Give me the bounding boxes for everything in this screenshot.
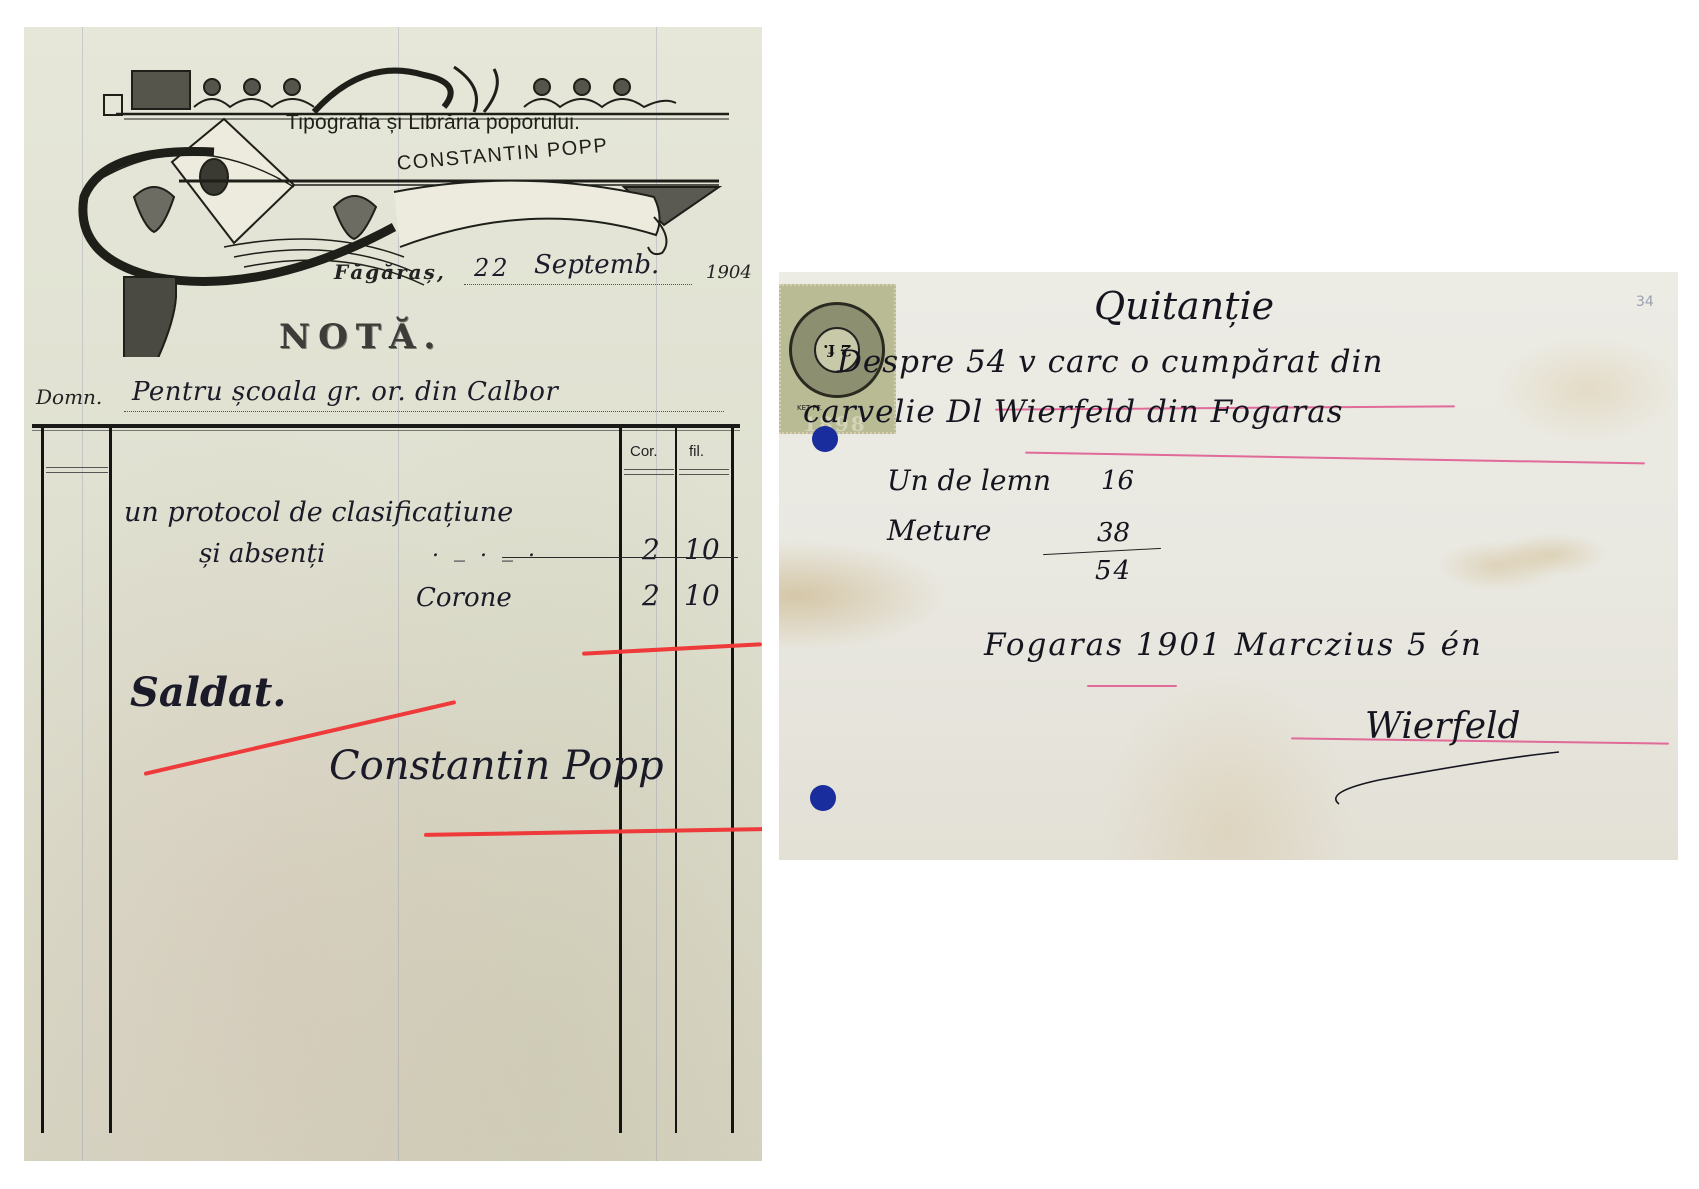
table-top-rule [32,424,740,428]
recipient-label: Domn. [36,385,102,409]
recipient-dotted-line [124,411,724,412]
pink-underline [1025,452,1645,465]
column-header-cor: Cor. [630,443,658,460]
column-header-fil: fil. [689,443,704,460]
item-amount: 38 [1097,518,1130,548]
table-header-underline [46,467,108,473]
pink-underline [1087,685,1177,687]
receipt-quitantie-document: 2 f. KET FT. 1898 34 Quitanție Despre 54… [779,272,1678,860]
date-day: 22 [474,254,511,282]
recipient-value: Pentru școala gr. or. din Calbor [132,377,558,407]
table-column-divider-fil [675,428,677,1133]
receipt-body-line1: Despre 54 v carc o cumpărat din [837,344,1383,380]
signature-constantin-popp: Constantin Popp [329,743,664,789]
item-description-line2: și absenți [199,539,325,569]
item-amount: 16 [1101,466,1134,496]
sum-underline [502,557,738,558]
receipt-date-line: Fogaras 1901 Marczius 5 én [984,627,1483,663]
receipt-body-line2: carvelie Dl Wierfeld din Fogaras [803,394,1344,430]
sum-underline [1043,548,1161,555]
item-cor-value: 2 [642,533,660,566]
table-header-underline [679,469,729,475]
pencil-page-number: 34 [1636,294,1654,310]
red-pencil-stroke [582,642,762,655]
item-description-line1: un protocol de clasificațiune [124,497,513,528]
red-pencil-stroke [424,827,762,837]
total-label: Corone [416,583,512,613]
date-line: Făgăraș, 22 Septemb. 1904 [334,254,754,288]
date-month: Septemb. [534,250,659,280]
receipt-title: Quitanție [1094,284,1274,328]
item-label: Meture [887,514,991,547]
item-leader-dashes: . _ . _ . [432,537,539,562]
table-top-rule-thin [32,430,740,431]
table-border-right [731,428,734,1133]
date-dotted-line [464,284,692,285]
table-header-underline [624,469,674,475]
signature-flourish-icon [1319,742,1619,812]
blue-marker-dot [812,426,838,452]
item-fil-value: 10 [684,533,720,566]
document-title: NOTĂ. [279,317,443,357]
invoice-nota-document: Tipografia și Librăria poporului. CONSTA… [24,27,762,1161]
item-label: Un de lemn [887,464,1051,497]
table-border-left [41,428,44,1133]
receipt-total: 54 [1095,556,1132,586]
letterhead-business-line: Tipografia și Librăria poporului. [286,111,580,135]
paid-note: Saldat. [130,669,286,716]
table-column-divider [109,428,112,1133]
receipt-signature: Wierfeld [1365,706,1521,747]
total-cor-value: 2 [642,579,660,612]
blue-marker-dot [810,785,836,811]
art-nouveau-letterhead-ornament-icon [64,57,744,357]
date-place: Făgăraș, [334,260,446,284]
total-fil-value: 10 [684,579,720,612]
recipient-line: Domn. Pentru școala gr. or. din Calbor [36,377,726,417]
date-year: 1904 [706,262,752,283]
